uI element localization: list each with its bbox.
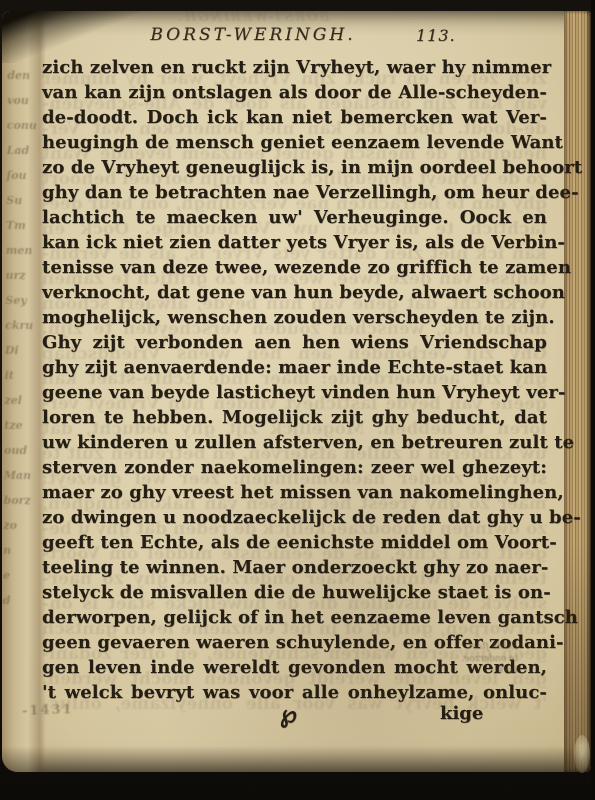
gutter-showthrough-fragments: denvouconuLadſouSuTmmenurzSeyckruDiitzel…: [3, 63, 38, 613]
gutter-fragment: tze: [4, 413, 34, 438]
running-header-showthrough: BORST-WERINGH.: [128, 10, 378, 25]
gutter-fragment: zel: [4, 388, 34, 413]
margin-note-line: Echte ſtaet: [454, 641, 518, 653]
book-page: denvouconuLadſouSuTmmenurzSeyckruDiitzel…: [2, 11, 591, 772]
text-line: teeling te winnen. Maer onderzoeckt ghy …: [42, 555, 547, 580]
margin-note-line: kerk.: [454, 665, 518, 677]
text-line: ghy dan te betrachten nae Verzellingh, o…: [42, 180, 547, 205]
gutter-fragment: n: [3, 538, 33, 563]
body-text: zich zelven en ruckt zijn Vryheyt, waer …: [42, 55, 547, 705]
text-line: maer zo ghy vreest het missen van nakome…: [42, 480, 547, 505]
text-line: uw kinderen u zullen afsterven, en betre…: [42, 430, 547, 455]
pencil-mark: -1431: [22, 702, 74, 719]
gutter-fragment: vou: [7, 88, 37, 113]
text-line: van kan zijn ontslagen als door de Alle-…: [42, 80, 547, 105]
text-line: Ghy zijt verbonden aen hen wiens Vriends…: [42, 330, 547, 355]
text-line: de-doodt. Doch ick kan niet bemercken wa…: [42, 105, 547, 130]
gutter-fragment: Su: [6, 188, 36, 213]
text-line: stelyck de misvallen die de huwelijcke s…: [42, 580, 547, 605]
gutter-fragment: Lad: [7, 138, 37, 163]
bottom-shadow: [2, 746, 591, 772]
text-line: lachtich te maecken uw' Verheuginge. Ooc…: [42, 205, 547, 230]
gutter-fragment: ſou: [6, 163, 36, 188]
text-line: zo de Vryheyt geneuglijck is, in mijn oo…: [42, 155, 547, 180]
gutter-fragment: zo: [3, 513, 33, 538]
text-line: kan ick niet zien datter yets Vryer is, …: [42, 230, 547, 255]
text-line: sterven zonder naekomelingen: zeer wel g…: [42, 455, 547, 480]
gutter-fragment: urz: [5, 263, 35, 288]
gutter-fragment: Di: [5, 338, 35, 363]
text-line: loren te hebben. Mogelijck zijt ghy bedu…: [42, 405, 547, 430]
gutter-fragment: d: [3, 588, 33, 613]
running-header: BORST-WERINGH.: [128, 25, 378, 45]
book-scan-photo: denvouconuLadſouSuTmmenurzSeyckruDiitzel…: [0, 0, 595, 800]
gutter-fragment: men: [6, 238, 36, 263]
paper-stain: [574, 735, 590, 773]
gutter-fragment: Man: [4, 463, 34, 488]
gutter-fragment: den: [7, 63, 37, 88]
fore-edge-page-stack: [564, 11, 591, 772]
gutter-fragment: e: [3, 563, 33, 588]
text-line: zich zelven en ruckt zijn Vryheyt, waer …: [42, 55, 547, 80]
text-line: geene van beyde lasticheyt vinden hun Vr…: [42, 380, 547, 405]
gutter-fragment: oud: [4, 438, 34, 463]
gutter-fragment: borz: [3, 488, 33, 513]
text-line: tenisse van deze twee, wezende zo griffi…: [42, 255, 547, 280]
gutter-fragment: it: [5, 363, 35, 388]
signature-mark: ℘: [280, 699, 297, 728]
page-number: 113.: [416, 26, 456, 45]
text-line: verknocht, dat gene van hun beyde, alwae…: [42, 280, 547, 305]
margin-note-showthrough: Echte ſtaette onderzoe.kerk.: [454, 641, 518, 677]
text-line: ghy zijt aenvaerdende: maer inde Echte-s…: [42, 355, 547, 380]
text-line: heugingh de mensch geniet eenzaem levend…: [42, 130, 547, 155]
gutter-fragment: ckru: [5, 313, 35, 338]
margin-note-line: te onderzoe.: [454, 653, 518, 665]
catchword: kige: [440, 703, 483, 724]
gutter-fragment: Sey: [5, 288, 35, 313]
gutter-fragment: Tm: [6, 213, 36, 238]
gutter-facing-page-edge: denvouconuLadſouSuTmmenurzSeyckruDiitzel…: [2, 11, 46, 772]
text-line: derworpen, gelijck of in het eenzaeme le…: [42, 605, 547, 630]
gutter-fragment: conu: [7, 113, 37, 138]
text-line: zo dwingen u noodzaeckelijck de reden da…: [42, 505, 547, 530]
text-line: moghelijck, wenschen zouden verscheyden …: [42, 305, 547, 330]
text-line: geeft ten Echte, als de eenichste middel…: [42, 530, 547, 555]
photo-frame-edge: [591, 0, 595, 800]
